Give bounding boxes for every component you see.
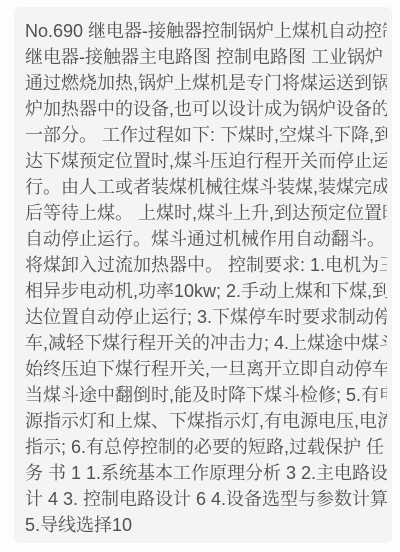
text-line: 源指示灯和上煤、下煤指示灯,有电源电压,电流	[25, 408, 387, 434]
text-line: 指示; 6.有总停控制的必要的短路,过载保护 任	[25, 434, 387, 460]
text-line: 务 书 1 1.系统基本工作原理分析 3 2.主电路设	[25, 460, 387, 486]
text-line: 车,减轻下煤行程开关的冲击力; 4.上煤途中煤斗	[25, 330, 387, 356]
text-line: 继电器-接触器主电路图 控制电路图 工业锅炉	[25, 44, 387, 70]
text-line: 一部分。 工作过程如下: 下煤时,空煤斗下降,到	[25, 122, 387, 148]
text-line: 将煤卸入过流加热器中。 控制要求: 1.电机为三	[25, 252, 387, 278]
text-line: 自动停止运行。煤斗通过机械作用自动翻斗。	[25, 226, 387, 252]
text-line: 达下煤预定位置时,煤斗压迫行程开关而停止运	[25, 148, 387, 174]
text-line: No.690 继电器-接触器控制锅炉上煤机自动控制	[25, 18, 387, 44]
page: { "colors": { "page_background": "#fdfdf…	[0, 0, 400, 552]
text-line: 计 4 3. 控制电路设计 6 4.设备选型与参数计算8	[25, 486, 387, 512]
text-line: 始终压迫下煤行程开关,一旦离开立即自动停车,	[25, 356, 387, 382]
text-line: 达位置自动停止运行; 3.下煤停车时要求制动停	[25, 304, 387, 330]
text-line: 相异步电动机,功率10kw; 2.手动上煤和下煤,到	[25, 278, 387, 304]
text-line: 通过燃烧加热,锅炉上煤机是专门将煤运送到锅	[25, 70, 387, 96]
document-card: No.690 继电器-接触器控制锅炉上煤机自动控制 继电器-接触器主电路图 控制…	[14, 7, 392, 543]
text-line: 行。由人工或者装煤机械往煤斗装煤,装煤完成	[25, 174, 387, 200]
text-line: 5.导线选择10	[25, 512, 387, 538]
text-line: 炉加热器中的设备,也可以设计成为锅炉设备的	[25, 96, 387, 122]
text-line: 当煤斗途中翻倒时,能及时降下煤斗检修; 5.有电	[25, 382, 387, 408]
text-line: 后等待上煤。 上煤时,煤斗上升,到达预定位置时	[25, 200, 387, 226]
